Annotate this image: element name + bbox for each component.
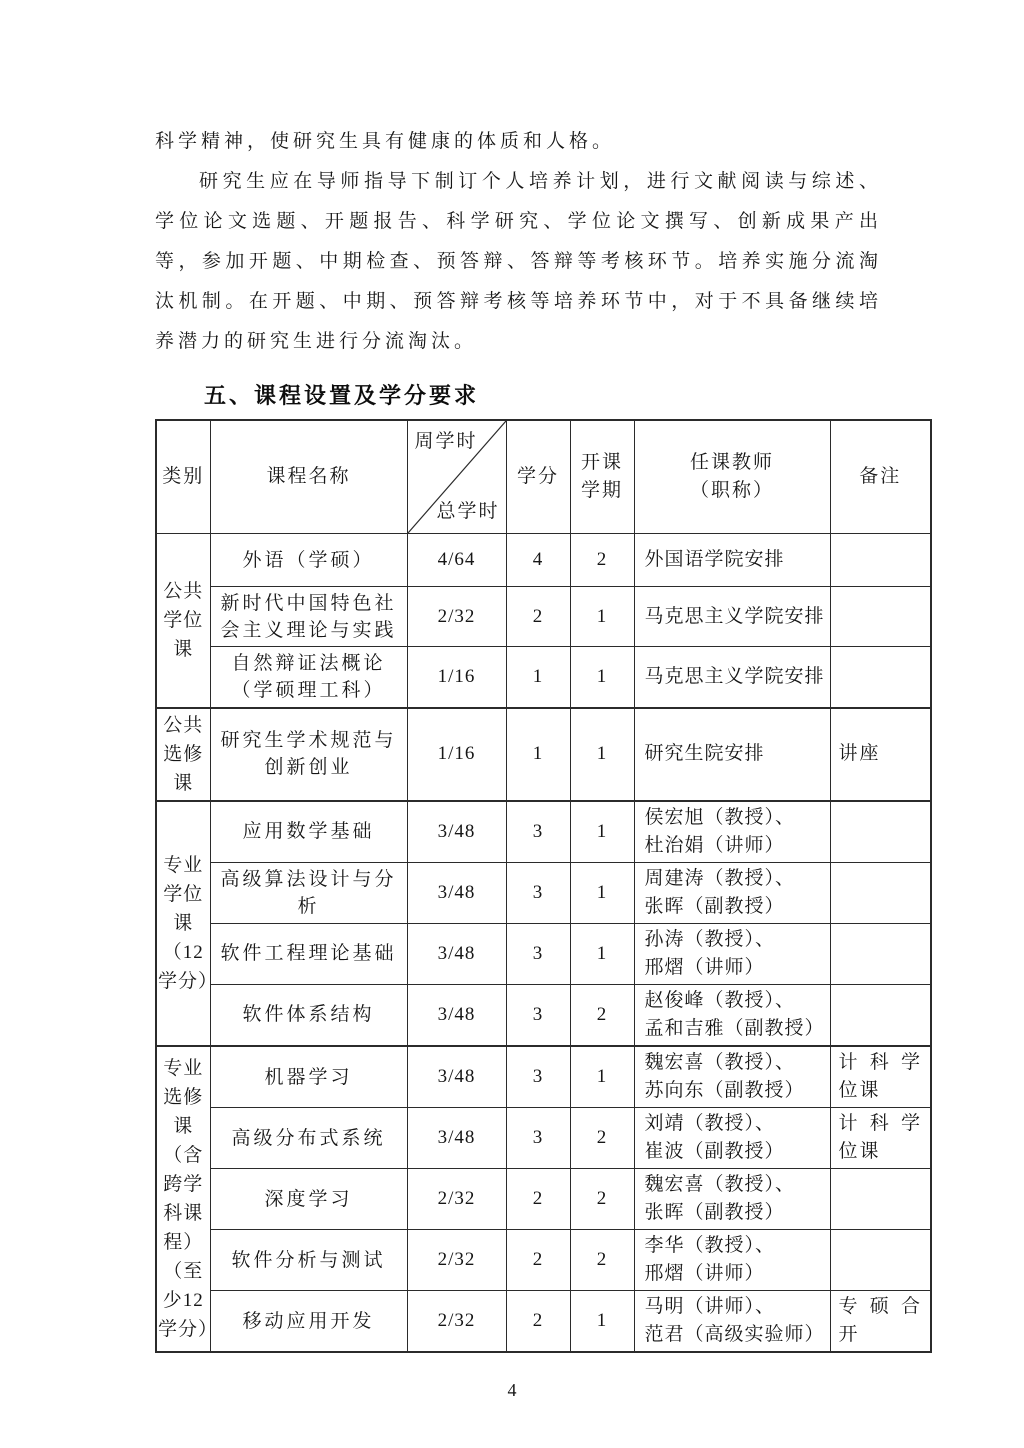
header-hours-diagonal: 周学时 总学时: [407, 420, 506, 534]
hours-cell: 1/16: [407, 647, 506, 708]
course-cell: 外语（学硕）: [210, 534, 407, 587]
credits-cell: 3: [506, 862, 570, 923]
header-remark: 备注: [830, 420, 931, 534]
course-cell: 移动应用开发: [210, 1291, 407, 1353]
credits-cell: 1: [506, 647, 570, 708]
hours-cell: 2/32: [407, 587, 506, 647]
teacher-cell: 刘靖（教授）、 崔波（副教授）: [634, 1108, 830, 1169]
table-row: 自然辩证法概论 （学硕理工科） 1/16 1 1 马克思主义学院安排: [156, 647, 931, 708]
hours-cell: 3/48: [407, 801, 506, 863]
table-header-row: 类别 课程名称 周学时 总学时 学分 开课 学期 任课教师 （职称） 备注: [156, 420, 931, 534]
semester-cell: 1: [570, 647, 634, 708]
section-heading: 五、课程设置及学分要求: [204, 379, 934, 410]
remark-cell: [830, 1169, 931, 1230]
semester-cell: 1: [570, 587, 634, 647]
remark-cell: 讲座: [830, 708, 931, 801]
page-content: 科学精神，使研究生具有健康的体质和人格。 研究生应在导师指导下制订个人培养计划，…: [0, 0, 934, 1353]
teacher-cell: 魏宏喜（教授）、 苏向东（副教授）: [634, 1046, 830, 1108]
document-page: { "page": { "paragraph1": "科学精神，使研究生具有健康…: [0, 0, 1024, 1448]
table-row: 专业选修课（含跨学科课程）（至少12学分） 机器学习 3/48 3 1 魏宏喜（…: [156, 1046, 931, 1108]
hours-cell: 3/48: [407, 862, 506, 923]
header-teacher: 任课教师 （职称）: [634, 420, 830, 534]
remark-cell: [830, 534, 931, 587]
table-row: 移动应用开发 2/32 2 1 马明（讲师）、 范君（高级实验师） 专硕合开: [156, 1291, 931, 1353]
teacher-cell: 马克思主义学院安排: [634, 587, 830, 647]
credits-cell: 2: [506, 1230, 570, 1291]
teacher-cell: 侯宏旭（教授）、 杜治娟（讲师）: [634, 801, 830, 863]
hours-cell: 1/16: [407, 708, 506, 801]
semester-cell: 1: [570, 801, 634, 863]
course-cell: 新时代中国特色社 会主义理论与实践: [210, 587, 407, 647]
semester-cell: 1: [570, 862, 634, 923]
hours-cell: 3/48: [407, 923, 506, 984]
teacher-cell: 马克思主义学院安排: [634, 647, 830, 708]
semester-cell: 2: [570, 1169, 634, 1230]
hours-cell: 2/32: [407, 1169, 506, 1230]
body-paragraph-1: 科学精神，使研究生具有健康的体质和人格。: [155, 122, 882, 162]
course-table: 类别 课程名称 周学时 总学时 学分 开课 学期 任课教师 （职称） 备注 公共…: [155, 419, 932, 1353]
semester-cell: 1: [570, 1046, 634, 1108]
course-cell: 自然辩证法概论 （学硕理工科）: [210, 647, 407, 708]
table-row: 公共学位课 外语（学硕） 4/64 4 2 外国语学院安排: [156, 534, 931, 587]
remark-cell: [830, 1230, 931, 1291]
table-row: 新时代中国特色社 会主义理论与实践 2/32 2 1 马克思主义学院安排: [156, 587, 931, 647]
teacher-cell: 周建涛（教授）、 张晖（副教授）: [634, 862, 830, 923]
course-cell: 深度学习: [210, 1169, 407, 1230]
teacher-cell: 研究生院安排: [634, 708, 830, 801]
teacher-cell: 李华（教授）、 邢熠（讲师）: [634, 1230, 830, 1291]
semester-cell: 1: [570, 923, 634, 984]
teacher-cell: 赵俊峰（教授）、 孟和吉雅（副教授）: [634, 984, 830, 1046]
table-row: 高级分布式系统 3/48 3 2 刘靖（教授）、 崔波（副教授） 计科学位课: [156, 1108, 931, 1169]
remark-cell: 专硕合开: [830, 1291, 931, 1353]
body-paragraph-2: 研究生应在导师指导下制订个人培养计划，进行文献阅读与综述、学位论文选题、开题报告…: [155, 162, 882, 362]
credits-cell: 3: [506, 923, 570, 984]
semester-cell: 2: [570, 1230, 634, 1291]
header-course-name: 课程名称: [210, 420, 407, 534]
teacher-cell: 外国语学院安排: [634, 534, 830, 587]
remark-cell: [830, 647, 931, 708]
remark-cell: 计科学位课: [830, 1108, 931, 1169]
semester-cell: 2: [570, 1108, 634, 1169]
hours-cell: 2/32: [407, 1291, 506, 1353]
table-row: 深度学习 2/32 2 2 魏宏喜（教授）、 张晖（副教授）: [156, 1169, 931, 1230]
credits-cell: 3: [506, 1046, 570, 1108]
category-cell-public-degree: 公共学位课: [156, 534, 210, 708]
course-cell: 高级算法设计与分 析: [210, 862, 407, 923]
credits-cell: 4: [506, 534, 570, 587]
remark-cell: [830, 984, 931, 1046]
hours-cell: 2/32: [407, 1230, 506, 1291]
table-row: 软件分析与测试 2/32 2 2 李华（教授）、 邢熠（讲师）: [156, 1230, 931, 1291]
credits-cell: 2: [506, 587, 570, 647]
remark-cell: 计科学位课: [830, 1046, 931, 1108]
page-number: 4: [0, 1380, 1024, 1401]
credits-cell: 3: [506, 801, 570, 863]
course-cell: 应用数学基础: [210, 801, 407, 863]
course-cell: 机器学习: [210, 1046, 407, 1108]
table-row: 软件体系结构 3/48 3 2 赵俊峰（教授）、 孟和吉雅（副教授）: [156, 984, 931, 1046]
teacher-cell: 马明（讲师）、 范君（高级实验师）: [634, 1291, 830, 1353]
course-cell: 软件体系结构: [210, 984, 407, 1046]
course-cell: 高级分布式系统: [210, 1108, 407, 1169]
course-cell: 软件工程理论基础: [210, 923, 407, 984]
table-row: 专业学位课（12学分） 应用数学基础 3/48 3 1 侯宏旭（教授）、 杜治娟…: [156, 801, 931, 863]
credits-cell: 2: [506, 1291, 570, 1353]
remark-cell: [830, 587, 931, 647]
teacher-cell: 孙涛（教授）、 邢熠（讲师）: [634, 923, 830, 984]
header-credits: 学分: [506, 420, 570, 534]
remark-cell: [830, 923, 931, 984]
hours-cell: 4/64: [407, 534, 506, 587]
course-cell: 软件分析与测试: [210, 1230, 407, 1291]
credits-cell: 1: [506, 708, 570, 801]
table-row: 高级算法设计与分 析 3/48 3 1 周建涛（教授）、 张晖（副教授）: [156, 862, 931, 923]
category-cell-major-degree: 专业学位课（12学分）: [156, 801, 210, 1047]
credits-cell: 3: [506, 984, 570, 1046]
credits-cell: 3: [506, 1108, 570, 1169]
semester-cell: 1: [570, 708, 634, 801]
header-semester: 开课 学期: [570, 420, 634, 534]
credits-cell: 2: [506, 1169, 570, 1230]
header-category: 类别: [156, 420, 210, 534]
table-row: 公共选修课 研究生学术规范与 创新创业 1/16 1 1 研究生院安排 讲座: [156, 708, 931, 801]
remark-cell: [830, 862, 931, 923]
semester-cell: 2: [570, 534, 634, 587]
course-cell: 研究生学术规范与 创新创业: [210, 708, 407, 801]
hours-cell: 3/48: [407, 1108, 506, 1169]
header-total-hours: 总学时: [436, 498, 499, 526]
semester-cell: 1: [570, 1291, 634, 1353]
header-weekly-hours: 周学时: [415, 428, 478, 456]
remark-cell: [830, 801, 931, 863]
table-row: 软件工程理论基础 3/48 3 1 孙涛（教授）、 邢熠（讲师）: [156, 923, 931, 984]
semester-cell: 2: [570, 984, 634, 1046]
teacher-cell: 魏宏喜（教授）、 张晖（副教授）: [634, 1169, 830, 1230]
category-cell-public-elective: 公共选修课: [156, 708, 210, 801]
hours-cell: 3/48: [407, 984, 506, 1046]
hours-cell: 3/48: [407, 1046, 506, 1108]
category-cell-major-elective: 专业选修课（含跨学科课程）（至少12学分）: [156, 1046, 210, 1352]
